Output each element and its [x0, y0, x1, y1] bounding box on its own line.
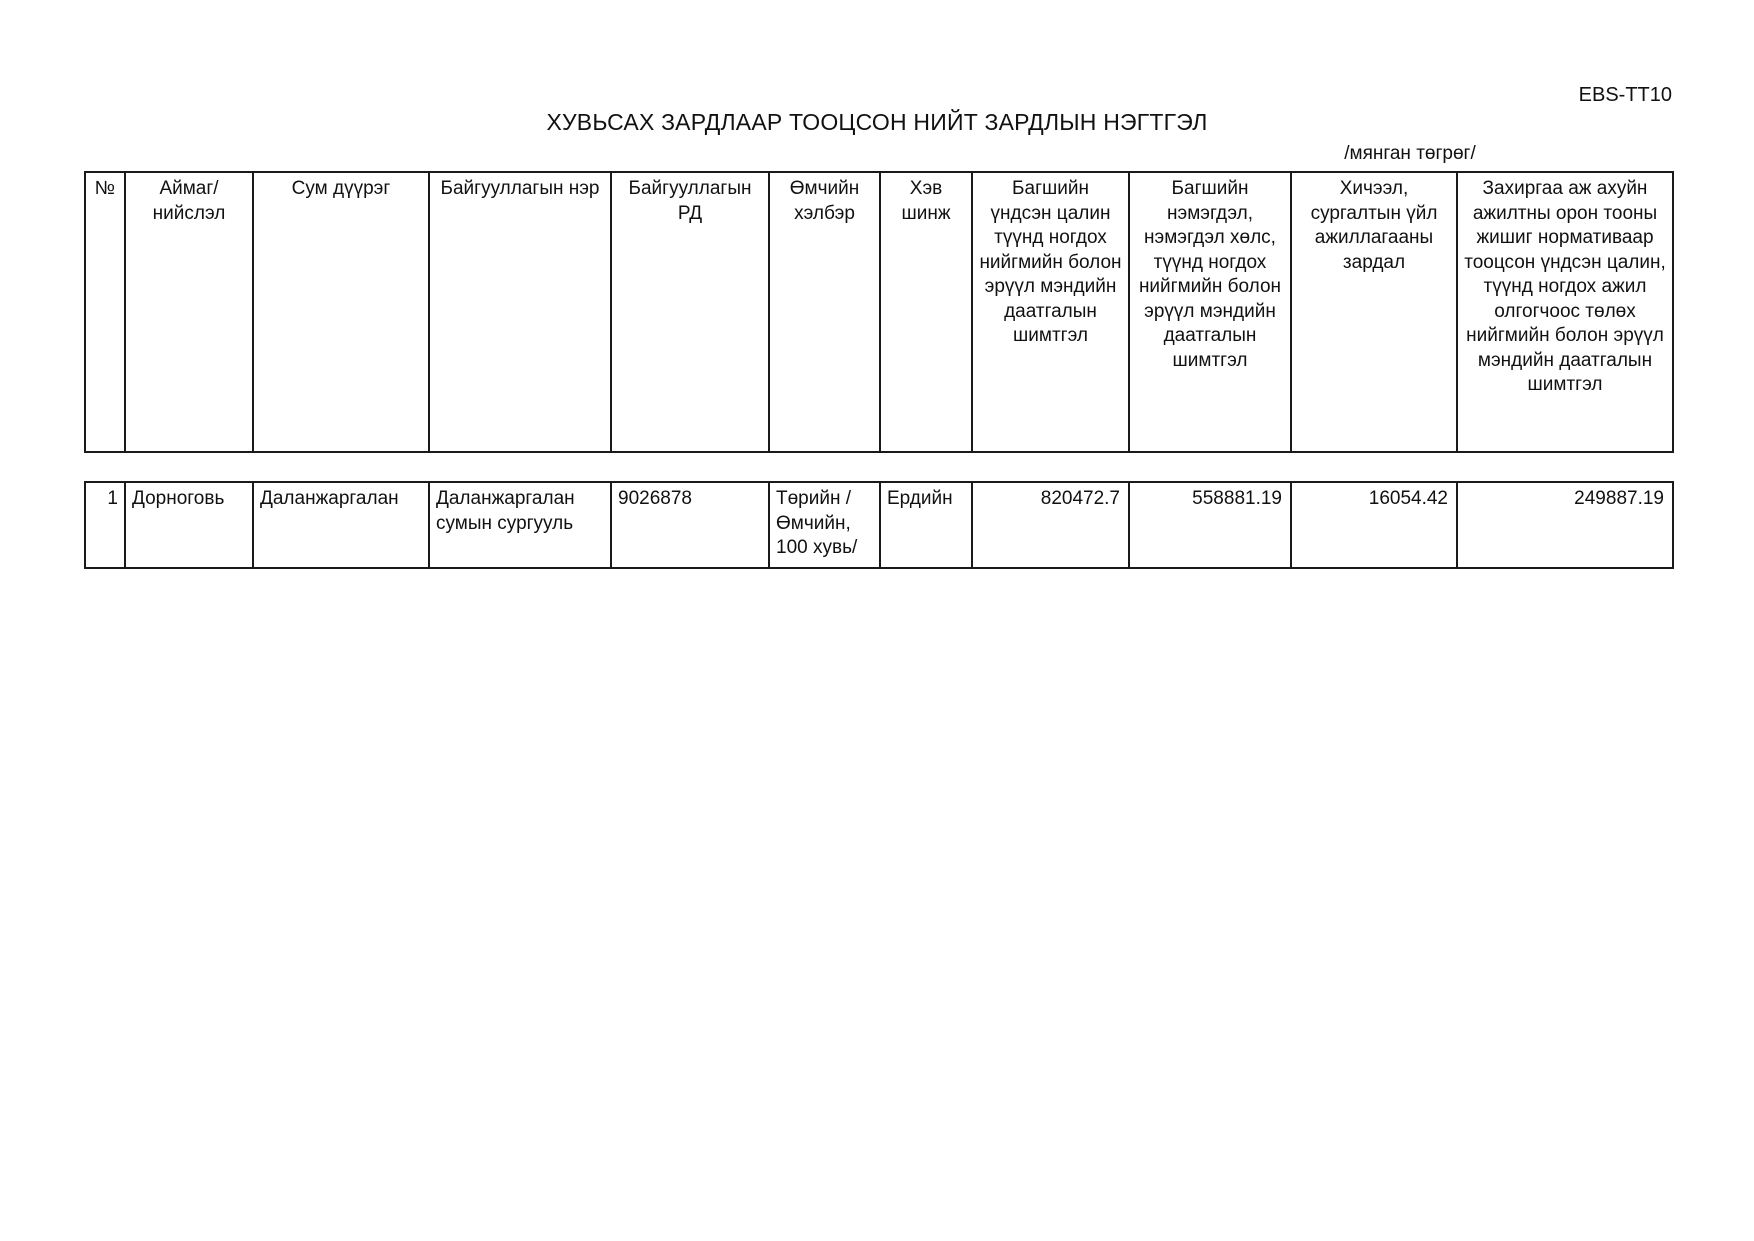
cell-teacher-base-salary: 820472.7 — [972, 482, 1129, 568]
col-header-aimag: Аймаг/ нийслэл — [125, 172, 253, 452]
cell-org-rd: 9026878 — [611, 482, 769, 568]
document-title: ХУВЬСАХ ЗАРДЛААР ТООЦСОН НИЙТ ЗАРДЛЫН НЭ… — [0, 109, 1754, 136]
col-header-org-name: Байгууллагын нэр — [429, 172, 611, 452]
cell-admin-staff-salary: 249887.19 — [1457, 482, 1673, 568]
cell-number: 1 — [85, 482, 125, 568]
col-header-admin-staff-salary: Захиргаа аж ахуйн ажилтны орон тооны жиш… — [1457, 172, 1673, 452]
cell-type: Ердийн — [880, 482, 972, 568]
data-table: 1 Дорноговь Даланжаргалан Даланжаргалан … — [84, 481, 1674, 569]
col-header-teacher-allowance: Багшийн нэмэгдэл, нэмэгдэл хөлс, түүнд н… — [1129, 172, 1291, 452]
col-header-ownership: Өмчийн хэлбэр — [769, 172, 880, 452]
form-code: EBS-TT10 — [1480, 84, 1672, 107]
header-row: № Аймаг/ нийслэл Сум дүүрэг Байгууллагын… — [85, 172, 1673, 452]
col-header-teacher-base-salary: Багшийн үндсэн цалин түүнд ногдох нийгми… — [972, 172, 1129, 452]
header-table: № Аймаг/ нийслэл Сум дүүрэг Байгууллагын… — [84, 171, 1674, 453]
cell-training-expense: 16054.42 — [1291, 482, 1457, 568]
col-header-org-rd: Байгууллагын РД — [611, 172, 769, 452]
table-row: 1 Дорноговь Даланжаргалан Даланжаргалан … — [85, 482, 1673, 568]
unit-label: /мянган төгрөг/ — [1300, 143, 1520, 165]
cell-sum: Даланжаргалан — [253, 482, 429, 568]
cell-aimag: Дорноговь — [125, 482, 253, 568]
col-header-number: № — [85, 172, 125, 452]
cell-teacher-allowance: 558881.19 — [1129, 482, 1291, 568]
col-header-sum: Сум дүүрэг — [253, 172, 429, 452]
cell-ownership: Төрийн / Өмчийн, 100 хувь/ — [769, 482, 880, 568]
cell-org-name: Даланжаргалан сумын сургууль — [429, 482, 611, 568]
col-header-type: Хэв шинж — [880, 172, 972, 452]
col-header-training-expense: Хичээл, сургалтын үйл ажиллагааны зардал — [1291, 172, 1457, 452]
